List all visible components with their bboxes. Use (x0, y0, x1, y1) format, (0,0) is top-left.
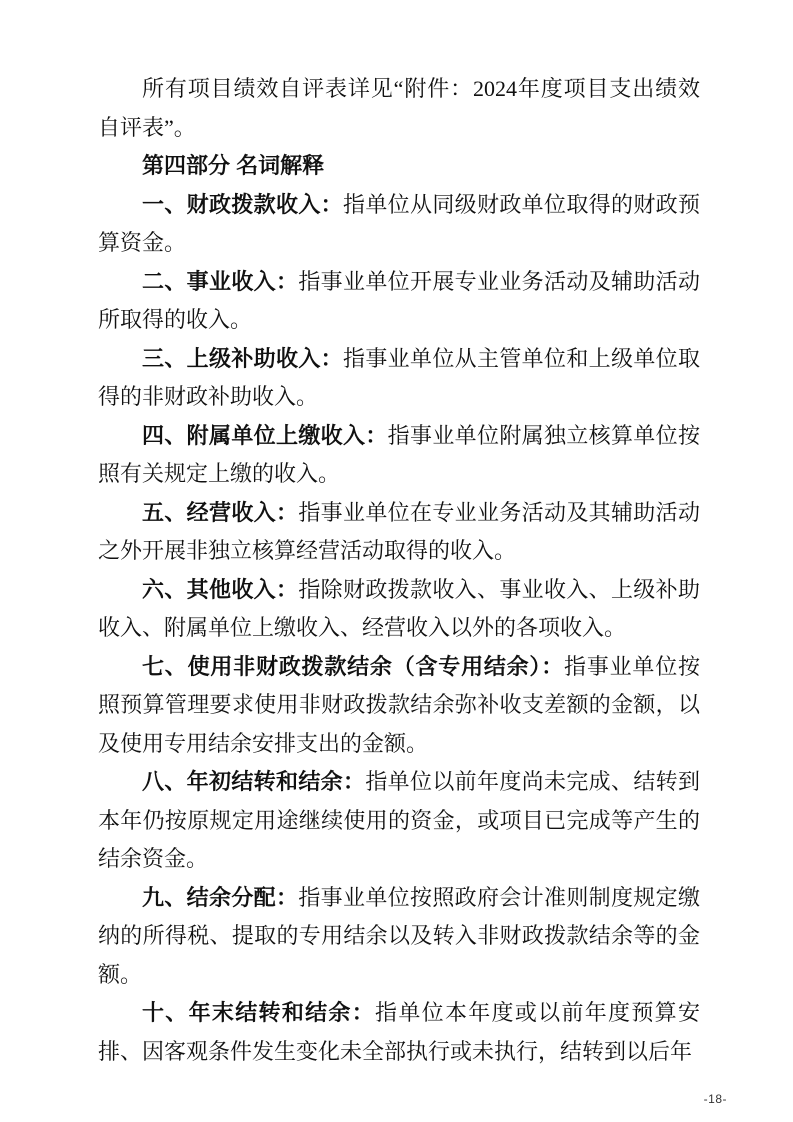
term-paragraph-5: 五、经营收入：指事业单位在专业业务活动及其辅助活动之外开展非独立核算经营活动取得… (98, 494, 700, 571)
section-heading: 第四部分 名词解释 (98, 147, 700, 186)
term-paragraph-4: 四、附属单位上缴收入：指事业单位附属独立核算单位按照有关规定上缴的收入。 (98, 417, 700, 494)
intro-text: 所有项目绩效自评表详见“附件：2024年度项目支出绩效自评表”。 (98, 76, 700, 140)
term-label: 三、上级补助收入： (142, 346, 343, 371)
term-paragraph-6: 六、其他收入：指除财政拨款收入、事业收入、上级补助收入、附属单位上缴收入、经营收… (98, 571, 700, 648)
term-label: 七、使用非财政拨款结余（含专用结余）： (142, 654, 564, 679)
term-label: 四、附属单位上缴收入： (142, 423, 388, 448)
term-paragraph-3: 三、上级补助收入：指事业单位从主管单位和上级单位取得的非财政补助收入。 (98, 340, 700, 417)
term-paragraph-2: 二、事业收入：指事业单位开展专业业务活动及辅助活动所取得的收入。 (98, 263, 700, 340)
intro-paragraph: 所有项目绩效自评表详见“附件：2024年度项目支出绩效自评表”。 (98, 70, 700, 147)
term-paragraph-10: 十、年末结转和结余：指单位本年度或以前年度预算安排、因客观条件发生变化未全部执行… (98, 994, 700, 1071)
term-label: 八、年初结转和结余： (142, 769, 365, 794)
term-paragraph-9: 九、结余分配：指事业单位按照政府会计准则制度规定缴纳的所得税、提取的专用结余以及… (98, 879, 700, 995)
term-label: 五、经营收入： (142, 500, 298, 525)
term-paragraph-1: 一、财政拨款收入：指单位从同级财政单位取得的财政预算资金。 (98, 186, 700, 263)
term-label: 二、事业收入： (142, 269, 298, 294)
term-label: 一、财政拨款收入： (142, 192, 343, 217)
term-paragraph-7: 七、使用非财政拨款结余（含专用结余）：指事业单位按照预算管理要求使用非财政拨款结… (98, 648, 700, 764)
term-label: 九、结余分配： (142, 885, 298, 910)
document-body: 所有项目绩效自评表详见“附件：2024年度项目支出绩效自评表”。 第四部分 名词… (98, 70, 700, 1071)
term-label: 十、年末结转和结余： (142, 1000, 375, 1025)
document-page: 所有项目绩效自评表详见“附件：2024年度项目支出绩效自评表”。 第四部分 名词… (0, 0, 793, 1122)
term-paragraph-8: 八、年初结转和结余：指单位以前年度尚未完成、结转到本年仍按原规定用途继续使用的资… (98, 763, 700, 879)
page-number: -18- (704, 1092, 727, 1106)
term-label: 六、其他收入： (142, 577, 298, 602)
